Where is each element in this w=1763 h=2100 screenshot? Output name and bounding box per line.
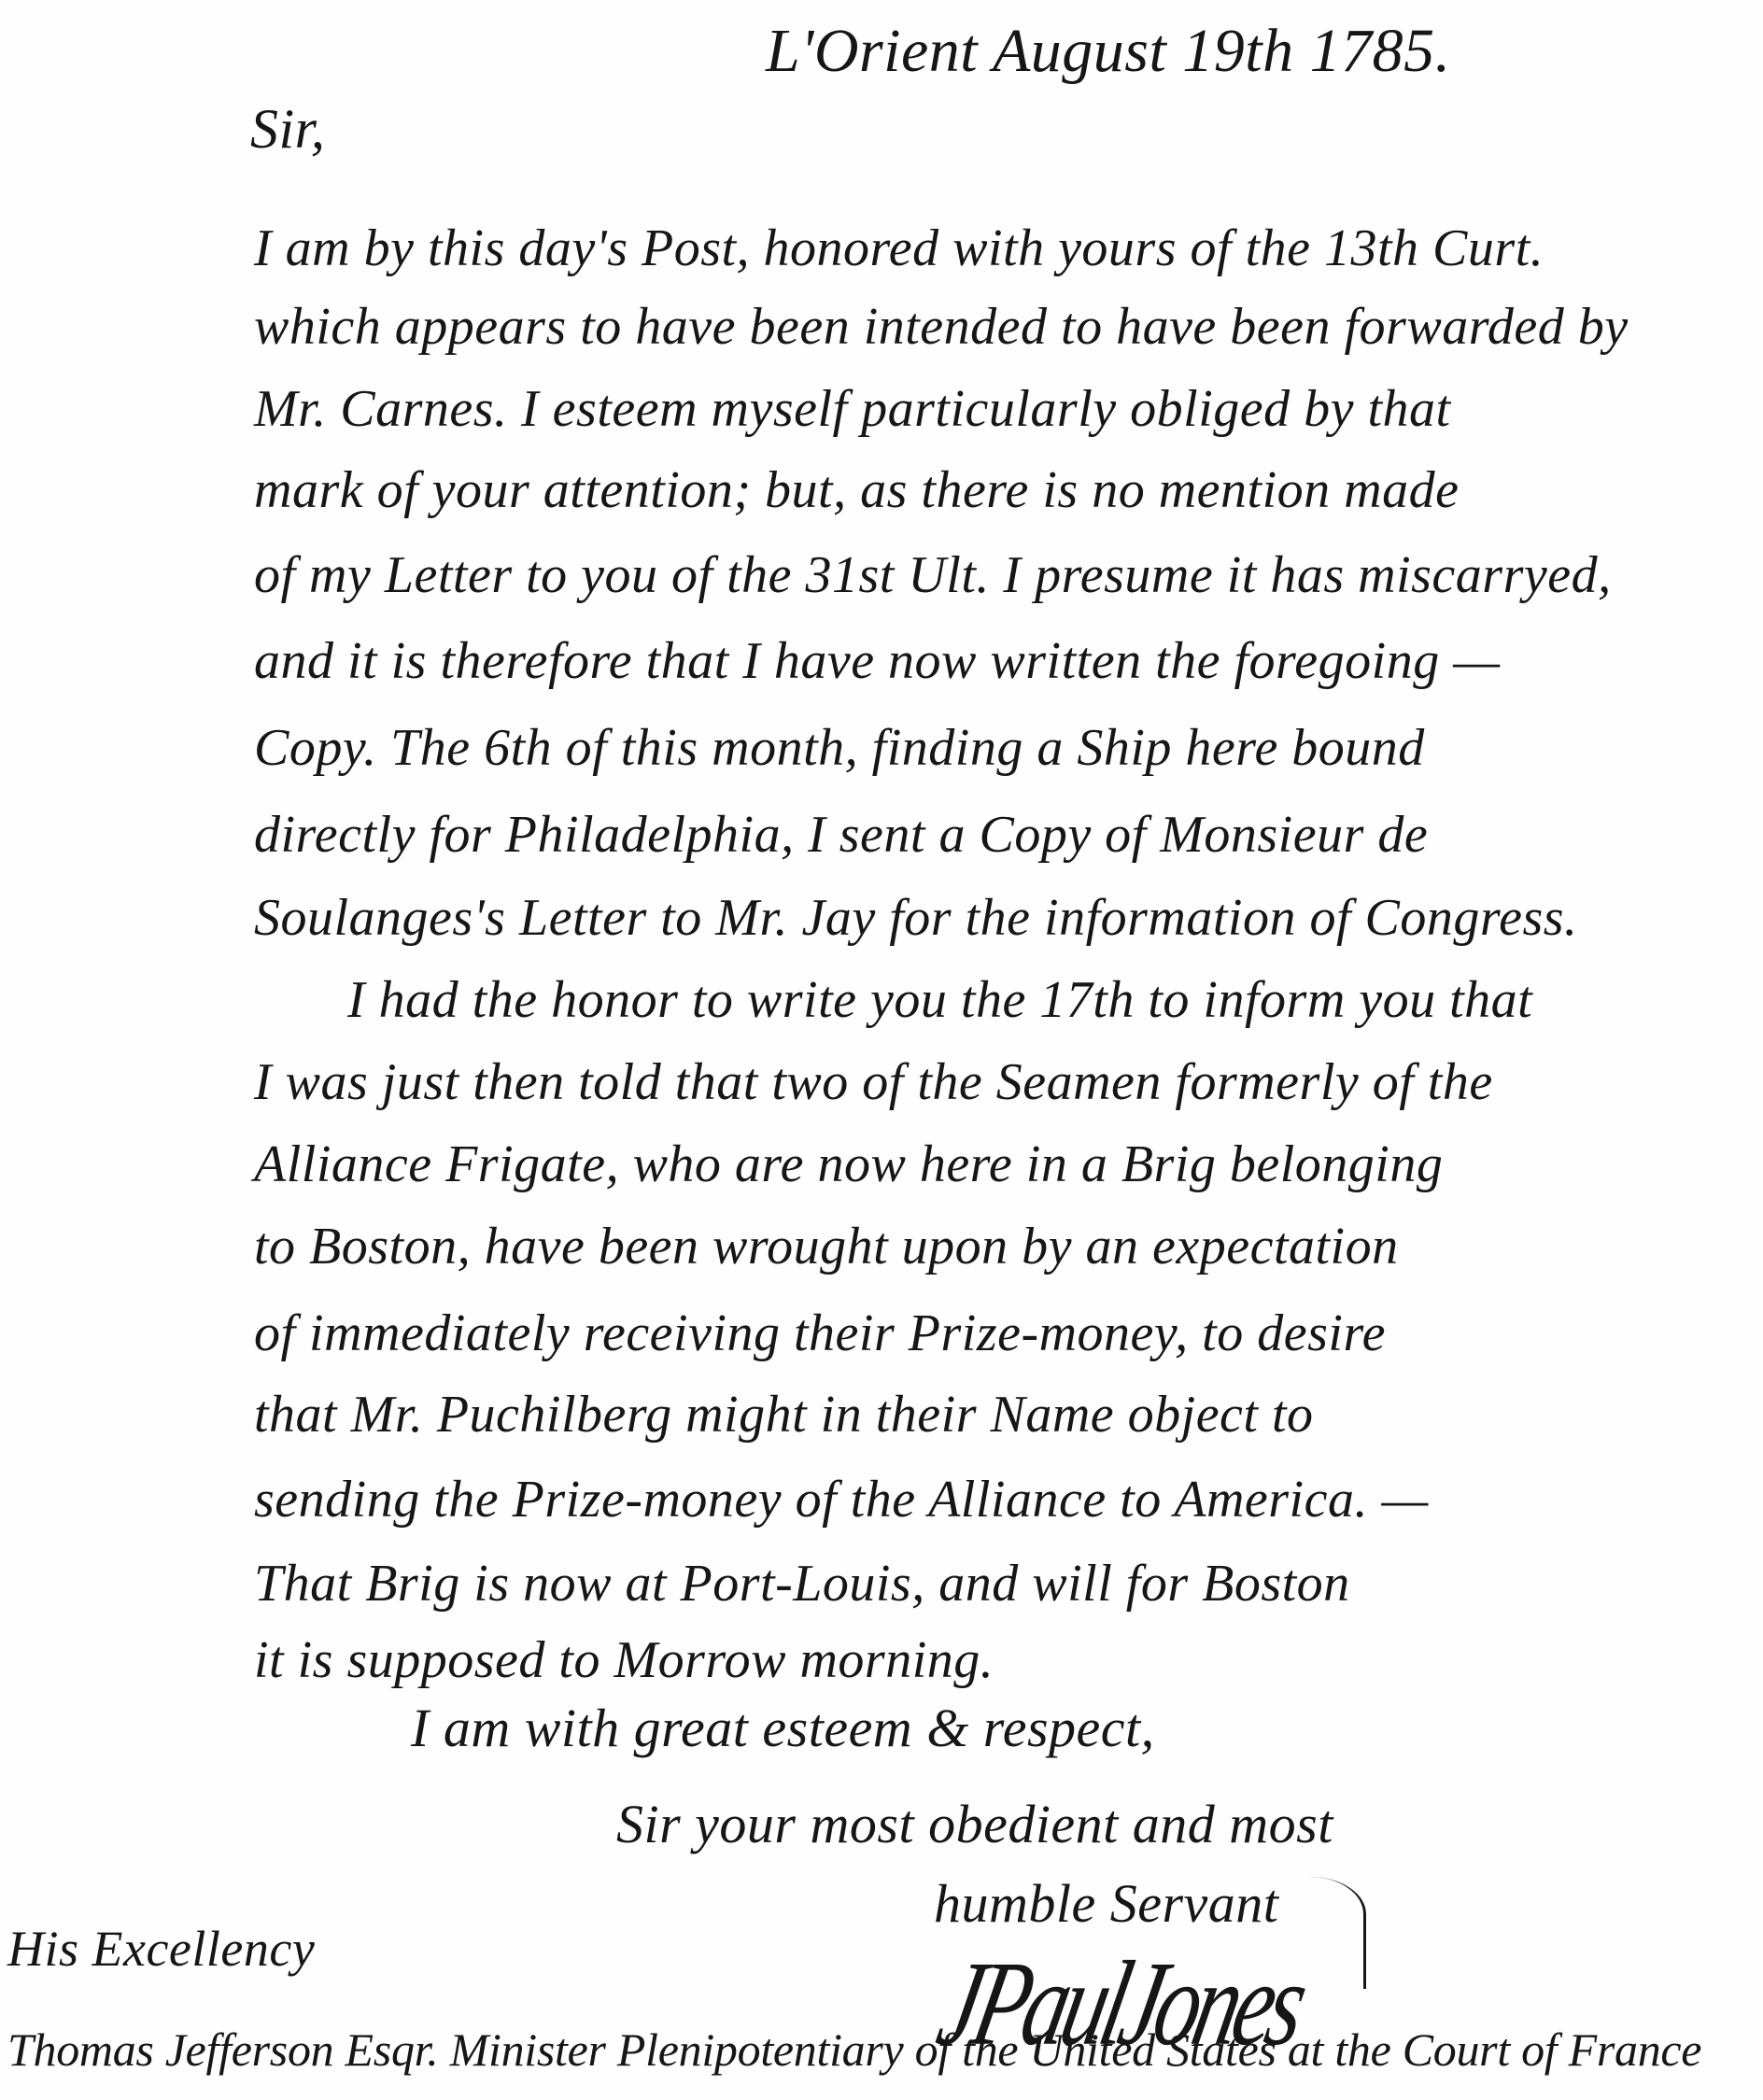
body-line: Soulanges's Letter to Mr. Jay for the in…	[254, 892, 1578, 944]
body-line-paragraph-start: I had the honor to write you the 17th to…	[347, 974, 1532, 1026]
body-line: and it is therefore that I have now writ…	[254, 635, 1500, 687]
closing-line: humble Servant	[934, 1877, 1278, 1931]
closing-line: I am with great esteem & respect,	[411, 1701, 1155, 1755]
body-line: mark of your attention; but, as there is…	[254, 464, 1459, 516]
body-line: That Brig is now at Port-Louis, and will…	[254, 1557, 1350, 1610]
addressee-line: Thomas Jefferson Esqr. Minister Plenipot…	[7, 2026, 1701, 2073]
body-line: Copy. The 6th of this month, finding a S…	[254, 722, 1425, 774]
body-line: to Boston, have been wrought upon by an …	[254, 1220, 1399, 1273]
body-line: which appears to have been intended to h…	[254, 301, 1629, 353]
body-line: of immediately receiving their Prize-mon…	[254, 1307, 1386, 1360]
body-line: it is supposed to Morrow morning.	[254, 1634, 994, 1686]
closing-line: Sir your most obedient and most	[616, 1797, 1333, 1852]
body-line: that Mr. Puchilberg might in their Name …	[254, 1388, 1314, 1441]
body-line: I am by this day's Post, honored with yo…	[254, 222, 1544, 275]
body-line: Alliance Frigate, who are now here in a …	[254, 1138, 1443, 1191]
body-line: I was just then told that two of the Sea…	[254, 1056, 1493, 1108]
body-line: sending the Prize-money of the Alliance …	[254, 1473, 1429, 1526]
body-line: directly for Philadelphia, I sent a Copy…	[254, 809, 1428, 861]
addressee-line: His Excellency	[7, 1924, 315, 1974]
body-line: Mr. Carnes. I esteem myself particularly…	[254, 383, 1451, 435]
body-line: of my Letter to you of the 31st Ult. I p…	[254, 549, 1612, 601]
dateline: L'Orient August 19th 1785.	[766, 21, 1451, 82]
letter-page: L'Orient August 19th 1785. Sir, I am by …	[0, 0, 1763, 2100]
salutation: Sir,	[250, 101, 325, 157]
